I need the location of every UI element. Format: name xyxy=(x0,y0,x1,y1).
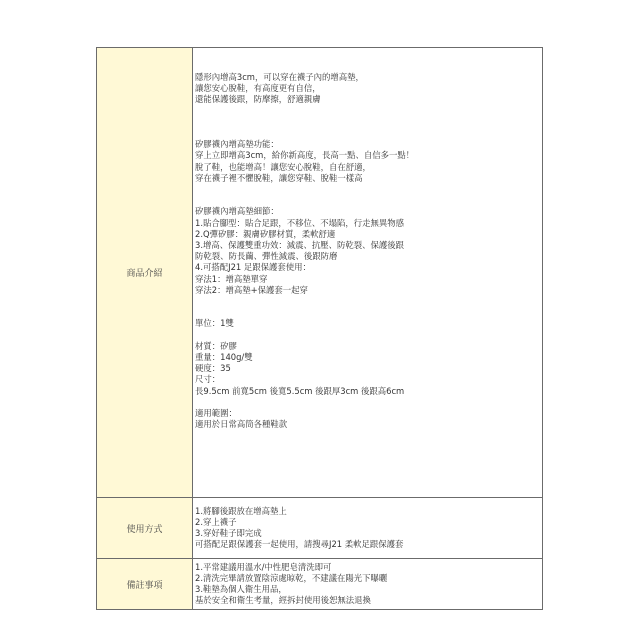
label-notes: 備註事項 xyxy=(97,559,193,610)
text-line: 2.Q彈矽膠：親膚矽膠材質，柔軟舒適 xyxy=(195,229,542,240)
text-line: 可搭配足跟保護套一起使用，請搜尋J21 柔軟足跟保護套 xyxy=(195,539,542,550)
intro-block-details: 矽膠襪內增高墊細節： 1.貼合腳型：貼合足跟，不移位、不塌陷，行走無異物感 2.… xyxy=(195,206,542,296)
label-usage: 使用方式 xyxy=(97,498,193,559)
text-line: 1.將腳後跟放在增高墊上 xyxy=(195,506,542,517)
text-line: 3.穿好鞋子即完成 xyxy=(195,528,542,539)
text-line: 讓您安心脫鞋，有高度更有自信， xyxy=(195,83,542,94)
text-line: 基於安全和衛生考量，經拆封使用後恕無法退換 xyxy=(195,595,542,606)
text-line: 穿法1：增高墊單穿 xyxy=(195,274,542,285)
text-line: 還能保護後跟，防摩擦，舒適親膚 xyxy=(195,94,542,105)
text-line: 隱形內增高3cm，可以穿在襪子內的增高墊， xyxy=(195,72,542,83)
intro-block-features: 矽膠襪內增高墊功能： 穿上立即增高3cm，給你新高度，長高一點、自信多一點！ 脫… xyxy=(195,139,542,184)
row-notes: 備註事項 1.平常建議用溫水/中性肥皂清洗即可 2.清洗完畢請放置陰涼處晾乾，不… xyxy=(97,559,543,610)
text-line: 穿在襪子裡不懼脫鞋，讓您穿鞋、脫鞋一樣高 xyxy=(195,173,542,184)
row-product-intro: 商品介紹 隱形內增高3cm，可以穿在襪子內的增高墊， 讓您安心脫鞋，有高度更有自… xyxy=(97,48,543,498)
text-line: 矽膠襪內增高墊細節： xyxy=(195,206,542,217)
text-line: 尺寸： xyxy=(195,374,542,385)
text-line: 適用於日常高筒各種鞋款 xyxy=(195,419,542,430)
row-usage: 使用方式 1.將腳後跟放在增高墊上 2.穿上襪子 3.穿好鞋子即完成 可搭配足跟… xyxy=(97,498,543,559)
text-line: 脫了鞋，也能增高！讓您安心脫鞋，自在舒適， xyxy=(195,162,542,173)
text-line: 穿上立即增高3cm，給你新高度，長高一點、自信多一點！ xyxy=(195,150,542,161)
text-line: 適用範圍： xyxy=(195,408,542,419)
intro-block-unit: 單位：1雙 xyxy=(195,318,542,329)
intro-block-specs: 材質：矽膠 重量：140g/雙 硬度：35 尺寸： 長9.5cm 前寬5cm 後… xyxy=(195,341,542,397)
text-line: 重量：140g/雙 xyxy=(195,352,542,363)
text-line: 3.增高、保護雙重功效：減震、抗壓、防乾裂、保護後跟 xyxy=(195,240,542,251)
text-line: 矽膠襪內增高墊功能： xyxy=(195,139,542,150)
text-line: 單位：1雙 xyxy=(195,318,542,329)
text-line: 穿法2：增高墊+保護套一起穿 xyxy=(195,285,542,296)
intro-block-scope: 適用範圍： 適用於日常高筒各種鞋款 xyxy=(195,408,542,430)
text-line: 2.清洗完畢請放置陰涼處晾乾，不建議在陽光下曝曬 xyxy=(195,573,542,584)
text-line: 3.鞋墊為個人衛生用品， xyxy=(195,584,542,595)
text-line: 硬度：35 xyxy=(195,363,542,374)
content-notes: 1.平常建議用溫水/中性肥皂清洗即可 2.清洗完畢請放置陰涼處晾乾，不建議在陽光… xyxy=(193,559,543,610)
text-line: 防乾裂、防長繭、彈性減震、後跟防磨 xyxy=(195,251,542,262)
product-spec-table: 商品介紹 隱形內增高3cm，可以穿在襪子內的增高墊， 讓您安心脫鞋，有高度更有自… xyxy=(96,47,543,610)
content-product-intro: 隱形內增高3cm，可以穿在襪子內的增高墊， 讓您安心脫鞋，有高度更有自信， 還能… xyxy=(193,48,543,498)
text-line: 1.平常建議用溫水/中性肥皂清洗即可 xyxy=(195,562,542,573)
text-line: 材質：矽膠 xyxy=(195,341,542,352)
intro-block-summary: 隱形內增高3cm，可以穿在襪子內的增高墊， 讓您安心脫鞋，有高度更有自信， 還能… xyxy=(195,72,542,106)
label-product-intro: 商品介紹 xyxy=(97,48,193,498)
text-line: 2.穿上襪子 xyxy=(195,517,542,528)
text-line: 長9.5cm 前寬5cm 後寬5.5cm 後跟厚3cm 後跟高6cm xyxy=(195,386,542,397)
text-line: 4.可搭配J21 足跟保護套使用： xyxy=(195,262,542,273)
content-usage: 1.將腳後跟放在增高墊上 2.穿上襪子 3.穿好鞋子即完成 可搭配足跟保護套一起… xyxy=(193,498,543,559)
text-line: 1.貼合腳型：貼合足跟，不移位、不塌陷，行走無異物感 xyxy=(195,218,542,229)
